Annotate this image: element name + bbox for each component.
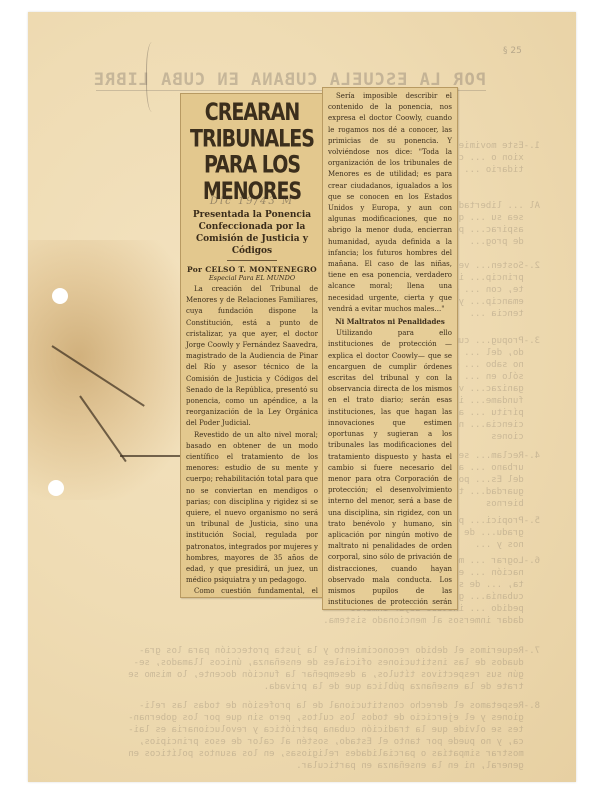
headline-line-2: PARA LOS MENORES: [181, 153, 323, 206]
bleed-paragraph: 8.-Respetamos el derecho constitucional …: [60, 700, 540, 772]
page-number: § 25: [503, 46, 522, 56]
bleed-paragraph: 7.-Requerimos el debido reconocimiento y…: [60, 645, 540, 693]
headline: CREARAN TRIBUNALES PARA LOS MENORES: [181, 100, 323, 205]
newspaper-clipping-right: Sería imposible describir el contenido d…: [322, 87, 458, 610]
headline-line-1: CREARAN TRIBUNALES: [181, 100, 323, 153]
divider: [227, 260, 277, 261]
byline-subtitle: Especial Para EL MUNDO: [181, 274, 323, 282]
paragraph: Utilizando para ello instituciones de pr…: [328, 328, 452, 610]
paragraph: La creación del Tribunal de Menores y de…: [186, 284, 318, 430]
paragraph: Sería imposible describir el contenido d…: [328, 91, 452, 315]
newspaper-clipping-left: CREARAN TRIBUNALES PARA LOS MENORES Dic …: [180, 93, 324, 598]
article-body-right: Sería imposible describir el contenido d…: [323, 88, 457, 610]
subheadline: Presentada la Ponencia Confeccionada por…: [181, 207, 323, 257]
byline: Por CELSO T. MONTENEGRO: [181, 265, 323, 274]
section-heading: Ni Maltratos ni Penalidades: [328, 316, 452, 327]
paragraph: Como cuestión fundamental, el tribunal t…: [186, 586, 318, 598]
article-body-left: La creación del Tribunal de Menores y de…: [181, 284, 323, 598]
paragraph: Revestido de un alto nivel moral; basado…: [186, 430, 318, 587]
